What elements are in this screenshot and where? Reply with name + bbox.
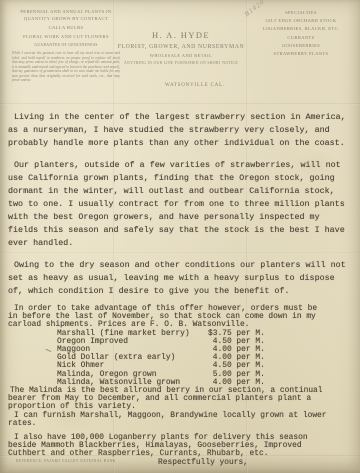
company-name: H. A. Hyde — [116, 30, 246, 40]
dateline: Watsonville Cal. — [130, 83, 260, 88]
paragraph-oregon-stock: Our planters, outside of a few varities … — [8, 159, 354, 250]
wholesale-retail-line: Wholesale and Retail — [116, 53, 246, 58]
horizontal-fold-top — [0, 103, 360, 105]
short-notice-line: Anything in Our Line Furnished on Short … — [116, 61, 246, 65]
letterhead-center-column: H. A. Hyde Florist, Grower, and Nurserym… — [116, 30, 246, 65]
letterhead-left-line: Quantity Grown by Contract — [12, 15, 120, 22]
price-list: Marshall (fine market berry)$3.75 per M.… — [8, 330, 354, 387]
letterhead-left-line: Calla Bulbs — [12, 24, 120, 31]
letter-page: Perennial and Annual Plants in Quantity … — [0, 0, 360, 473]
paragraph-local-rates: I can furnish Marshall, Maggoon, Brandyw… — [8, 412, 354, 428]
paragraph-intro: Living in the center of the largest stra… — [8, 111, 354, 150]
specialty-item: Gilt Edge Orchard Stock — [250, 17, 352, 25]
guarantee-heading: Guarantee of Genuineness — [12, 42, 120, 49]
company-subtitle: Florist, Grower, and Nurseryman — [116, 44, 246, 50]
specialty-item: Currants — [250, 34, 352, 42]
specialty-item: Strawberry Plants — [250, 50, 352, 58]
paragraph-malinda: The Malinda is the best allround berry i… — [8, 387, 354, 412]
bank-reference: Reference: Pajaro Valley National Bank — [16, 459, 116, 463]
specialty-item: Gooseberries — [250, 42, 352, 50]
paragraph-offer-terms: In order to take advantage of this offer… — [8, 305, 354, 330]
specialty-item: Loganberries, Blackb. Etc. — [250, 25, 352, 33]
specialties-heading: Specialties — [250, 9, 352, 17]
paragraph-surplus: Owing to the dry season and other condit… — [8, 259, 354, 298]
paragraph-loganberry: I also have 100,000 Loganberry plants fo… — [8, 434, 354, 459]
letterhead-left-line: Perennial and Annual Plants in — [12, 8, 120, 15]
guarantee-fine-print: While I exercise the greatest care to ha… — [12, 51, 120, 83]
letterhead-left-column: Perennial and Annual Plants in Quantity … — [12, 8, 120, 83]
letter-body: Living in the center of the largest stra… — [8, 111, 354, 467]
letterhead-right-column: Specialties Gilt Edge Orchard Stock Loga… — [250, 9, 352, 58]
letterhead-left-line: Floral Work and Cut Flowers — [12, 33, 120, 40]
